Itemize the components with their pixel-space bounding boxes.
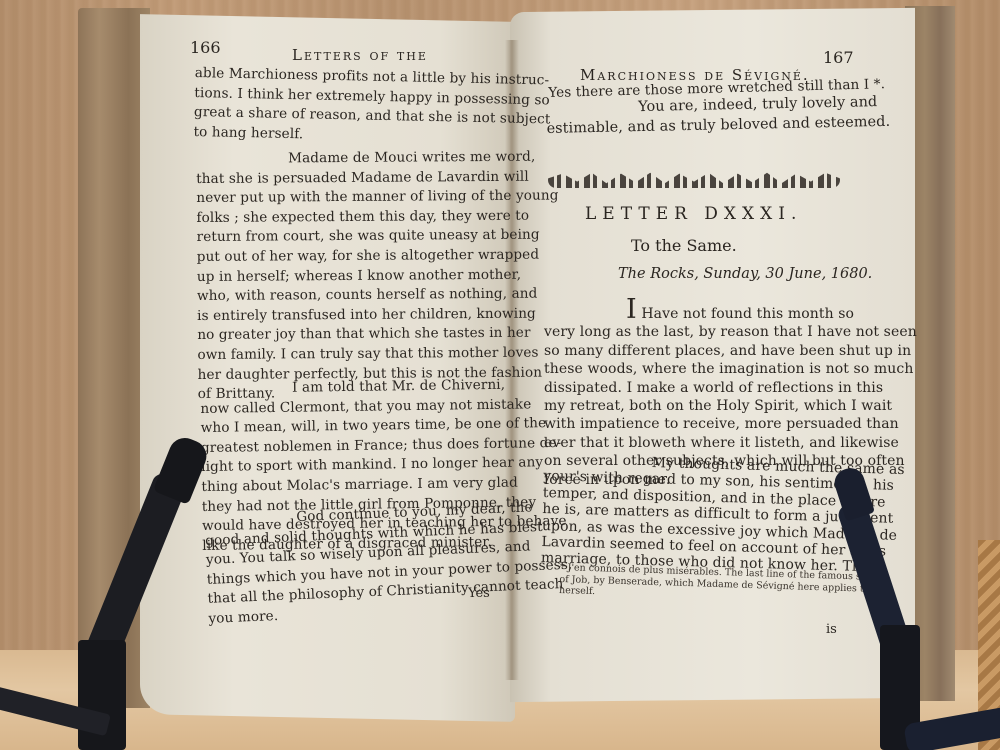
text-line: own family. I can truly say that this mo… — [197, 343, 559, 365]
left-page-paragraph-4: God continue to you, my dear, the good a… — [204, 497, 574, 630]
left-running-head: Letters of the — [292, 46, 428, 64]
letter-dateline: The Rocks, Sunday, 30 June, 1680. — [618, 266, 872, 282]
text-line: put out of her way, for she is altogethe… — [197, 245, 559, 267]
text-line: my retreat, both on the Holy Spirit, whi… — [544, 397, 917, 415]
text-line: who, with reason, counts herself as noth… — [197, 285, 559, 307]
text-line: that she is persuaded Madame de Lavardin… — [196, 167, 558, 189]
text-line: so many different places, and have been … — [544, 342, 917, 360]
left-page-number: 166 — [190, 38, 221, 57]
text-span: Have not found this month so — [641, 306, 854, 322]
left-page-text: able Marchioness profits not a little by… — [193, 64, 551, 150]
text-line: I Have not found this month so — [544, 300, 917, 323]
text-line: return from court, she was quite uneasy … — [197, 226, 559, 248]
text-line: Madame de Mouci writes me word, — [196, 147, 558, 169]
text-line: with impatience to receive, more persuad… — [544, 415, 917, 433]
drop-cap: I — [626, 294, 637, 325]
left-catchword: Yes — [468, 586, 490, 601]
right-page-number: 167 — [823, 48, 854, 67]
text-line: folks ; she expected them this day, they… — [196, 206, 558, 228]
text-line: ever that it bloweth where it listeth, a… — [544, 434, 917, 452]
text-line: up in herself; whereas I know another mo… — [197, 265, 559, 287]
text-line: no greater joy than that which she taste… — [197, 324, 559, 346]
text-line: these woods, where the imagination is no… — [544, 360, 917, 378]
right-page-paragraph-2: You are, indeed, truly lovely and estima… — [546, 93, 890, 139]
text-line: never put up with the manner of living o… — [196, 187, 558, 209]
text-line: dissipated. I make a world of reflection… — [544, 379, 917, 397]
text-line: very long as the last, by reason that I … — [544, 323, 917, 341]
letter-salutation: To the Same. — [631, 236, 737, 255]
text-line: is entirely transfused into her children… — [197, 304, 559, 326]
right-catchword: is — [826, 622, 837, 637]
left-page-paragraph-2: Madame de Mouci writes me word, that she… — [196, 147, 560, 404]
letter-heading: LETTER DXXXI. — [585, 204, 802, 224]
